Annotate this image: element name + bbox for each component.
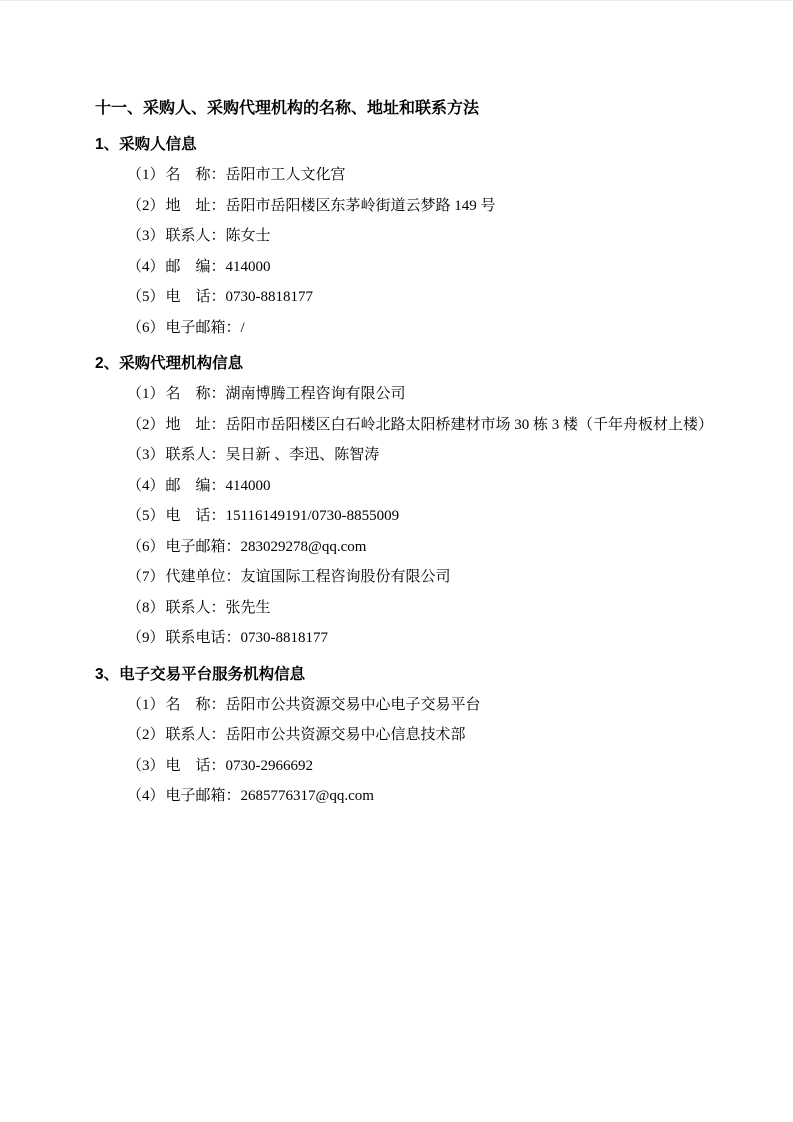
- item-label: 电 话：: [166, 508, 226, 524]
- item-number: （6）: [127, 539, 165, 555]
- item-number: （2）: [127, 417, 165, 433]
- item-value: 张先生: [226, 600, 271, 616]
- purchaser-postcode-line: （4）邮 编：414000: [95, 252, 735, 283]
- section-heading-platform: 3、电子交易平台服务机构信息: [95, 660, 735, 690]
- item-value: /: [241, 320, 245, 336]
- purchaser-name-line: （1）名 称：岳阳市工人文化宫: [95, 160, 735, 191]
- item-label: 代建单位：: [166, 569, 241, 585]
- item-label: 电子邮箱：: [166, 320, 241, 336]
- item-number: （5）: [127, 289, 165, 305]
- item-number: （8）: [127, 600, 165, 616]
- item-label: 电子邮箱：: [166, 788, 241, 804]
- item-value: 陈女士: [226, 228, 271, 244]
- item-number: （2）: [127, 198, 165, 214]
- item-value: 岳阳市公共资源交易中心电子交易平台: [226, 697, 481, 713]
- item-value: 414000: [226, 478, 271, 494]
- document-page: 十一、采购人、采购代理机构的名称、地址和联系方法 1、采购人信息 （1）名 称：…: [0, 0, 793, 1122]
- item-value: 吴日新 、李迅、陈智涛: [226, 447, 380, 463]
- agency-agent-phone-line: （9）联系电话：0730-8818177: [95, 623, 735, 654]
- item-value: 岳阳市岳阳楼区白石岭北路太阳桥建材市场 30 栋 3 楼（千年舟板材上楼）: [226, 417, 714, 433]
- item-value: 2685776317@qq.com: [241, 788, 374, 804]
- item-label: 联系人：: [166, 600, 226, 616]
- agency-phone-line: （5）电 话：15116149191/0730-8855009: [95, 501, 735, 532]
- platform-phone-line: （3）电 话：0730-2966692: [95, 751, 735, 782]
- item-number: （3）: [127, 228, 165, 244]
- item-value: 414000: [226, 259, 271, 275]
- item-number: （4）: [127, 788, 165, 804]
- item-number: （3）: [127, 447, 165, 463]
- item-label: 电子邮箱：: [166, 539, 241, 555]
- item-value: 15116149191/0730-8855009: [226, 508, 400, 524]
- document-content: 十一、采购人、采购代理机构的名称、地址和联系方法 1、采购人信息 （1）名 称：…: [0, 1, 793, 812]
- purchaser-contact-line: （3）联系人：陈女士: [95, 221, 735, 252]
- item-number: （6）: [127, 320, 165, 336]
- item-value: 岳阳市公共资源交易中心信息技术部: [226, 727, 466, 743]
- document-title: 十一、采购人、采购代理机构的名称、地址和联系方法: [95, 98, 735, 120]
- item-label: 联系电话：: [166, 630, 241, 646]
- agency-postcode-line: （4）邮 编：414000: [95, 471, 735, 502]
- item-label: 地 址：: [166, 198, 226, 214]
- item-number: （4）: [127, 478, 165, 494]
- agency-name-line: （1）名 称：湖南博腾工程咨询有限公司: [95, 379, 735, 410]
- item-value: 0730-8818177: [241, 630, 329, 646]
- platform-email-line: （4）电子邮箱：2685776317@qq.com: [95, 781, 735, 812]
- item-value: 岳阳市工人文化宫: [226, 167, 346, 183]
- item-number: （5）: [127, 508, 165, 524]
- item-label: 电 话：: [166, 758, 226, 774]
- item-number: （1）: [127, 386, 165, 402]
- item-label: 名 称：: [166, 167, 226, 183]
- platform-name-line: （1）名 称：岳阳市公共资源交易中心电子交易平台: [95, 690, 735, 721]
- item-number: （9）: [127, 630, 165, 646]
- item-label: 地 址：: [166, 417, 226, 433]
- item-label: 联系人：: [166, 447, 226, 463]
- item-label: 邮 编：: [166, 259, 226, 275]
- item-number: （3）: [127, 758, 165, 774]
- purchaser-email-line: （6）电子邮箱：/: [95, 313, 735, 344]
- section-heading-purchaser: 1、采购人信息: [95, 130, 735, 160]
- item-label: 电 话：: [166, 289, 226, 305]
- agency-email-line: （6）电子邮箱：283029278@qq.com: [95, 532, 735, 563]
- item-value: 湖南博腾工程咨询有限公司: [226, 386, 406, 402]
- section-heading-agency: 2、采购代理机构信息: [95, 349, 735, 379]
- item-number: （7）: [127, 569, 165, 585]
- item-label: 联系人：: [166, 727, 226, 743]
- agency-address-line: （2）地 址：岳阳市岳阳楼区白石岭北路太阳桥建材市场 30 栋 3 楼（千年舟板…: [95, 410, 735, 441]
- item-value: 0730-8818177: [226, 289, 314, 305]
- item-label: 名 称：: [166, 697, 226, 713]
- item-number: （1）: [127, 167, 165, 183]
- agency-contact-line: （3）联系人：吴日新 、李迅、陈智涛: [95, 440, 735, 471]
- item-value: 283029278@qq.com: [241, 539, 367, 555]
- purchaser-address-line: （2）地 址：岳阳市岳阳楼区东茅岭街道云梦路 149 号: [95, 191, 735, 222]
- agency-agent-contact-line: （8）联系人：张先生: [95, 593, 735, 624]
- item-label: 邮 编：: [166, 478, 226, 494]
- item-number: （4）: [127, 259, 165, 275]
- item-label: 名 称：: [166, 386, 226, 402]
- platform-contact-line: （2）联系人：岳阳市公共资源交易中心信息技术部: [95, 720, 735, 751]
- item-number: （1）: [127, 697, 165, 713]
- item-value: 岳阳市岳阳楼区东茅岭街道云梦路 149 号: [226, 198, 496, 214]
- item-value: 友谊国际工程咨询股份有限公司: [241, 569, 451, 585]
- item-label: 联系人：: [166, 228, 226, 244]
- agency-construction-agent-line: （7）代建单位：友谊国际工程咨询股份有限公司: [95, 562, 735, 593]
- purchaser-phone-line: （5）电 话：0730-8818177: [95, 282, 735, 313]
- item-value: 0730-2966692: [226, 758, 314, 774]
- item-number: （2）: [127, 727, 165, 743]
